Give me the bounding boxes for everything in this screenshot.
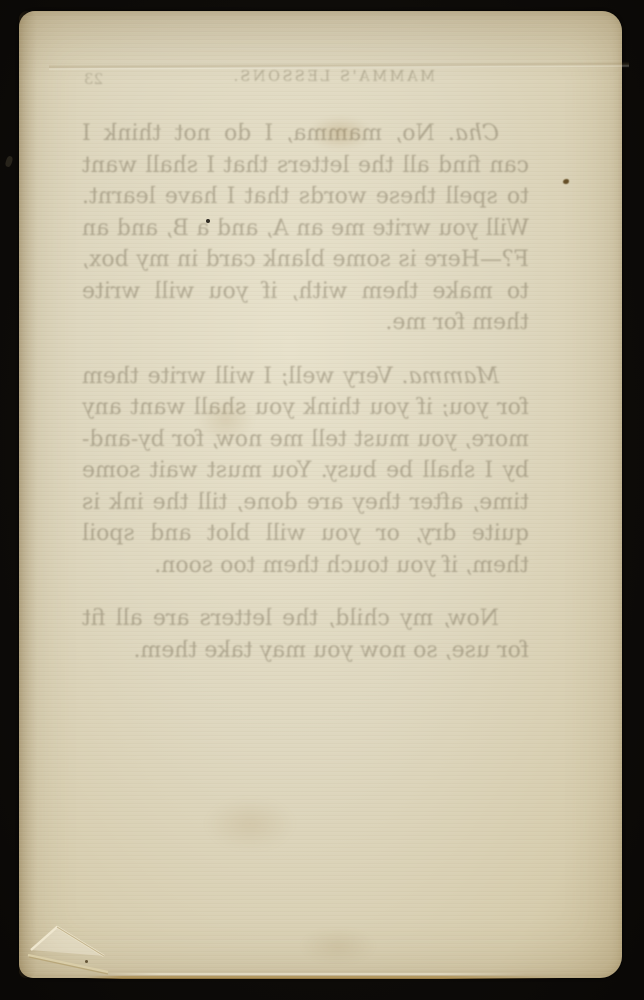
speaker-label: Cha.	[448, 121, 499, 146]
dog-ear-fold	[14, 900, 194, 992]
speaker-label: Mamma.	[402, 364, 499, 389]
showthrough-text-block: MAMMA'S LESSONS. 23 Cha. No, mamma, I do…	[82, 69, 529, 688]
paragraph-text: Now, my child, the letters are all fit f…	[82, 606, 529, 663]
running-head-row: MAMMA'S LESSONS. 23	[82, 69, 529, 91]
page-left-edge-shading	[19, 11, 37, 978]
page-number: 23	[84, 70, 103, 88]
running-head: MAMMA'S LESSONS.	[137, 69, 529, 85]
dust-speck	[4, 155, 13, 167]
paragraph: Mamma. Very well; I will write them for …	[82, 361, 529, 582]
paragraph-text: Very well; I will write them for you; if…	[82, 364, 529, 578]
scan-background: MAMMA'S LESSONS. 23 Cha. No, mamma, I do…	[0, 0, 644, 1000]
paragraph: Now, my child, the letters are all fit f…	[82, 603, 529, 666]
paragraph-text: No, mamma, I do not think I can find all…	[82, 121, 529, 335]
book-page: MAMMA'S LESSONS. 23 Cha. No, mamma, I do…	[19, 11, 622, 978]
paragraph: Cha. No, mamma, I do not think I can fin…	[82, 118, 529, 339]
